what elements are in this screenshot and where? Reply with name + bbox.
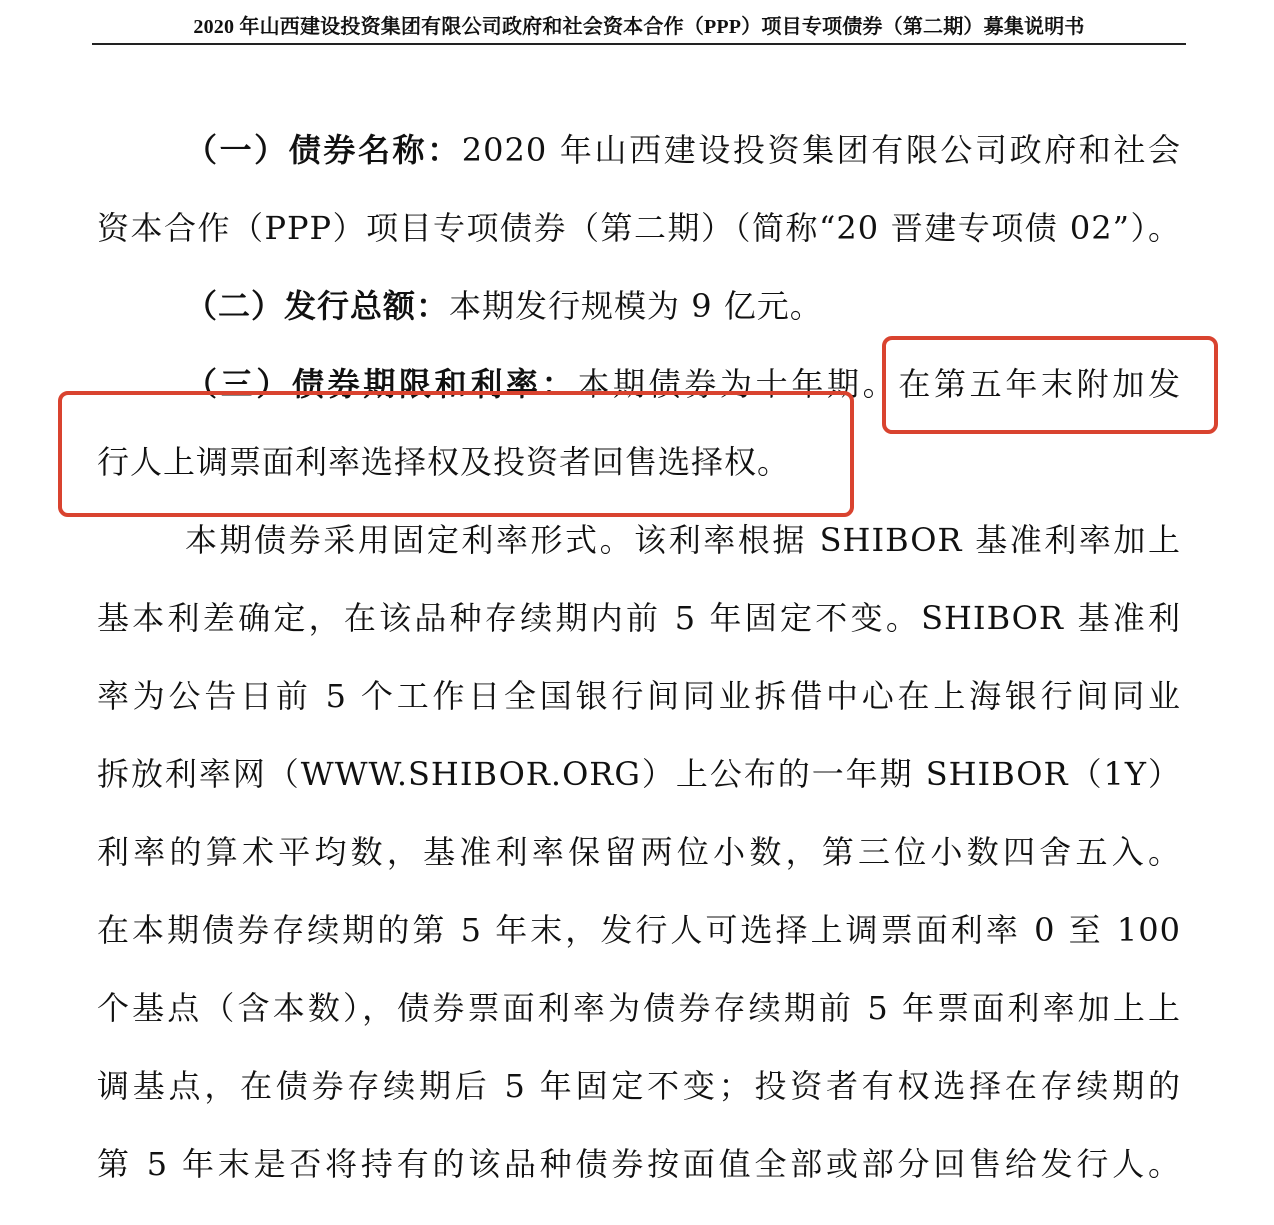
item2-text: 本期发行规模为 9 亿元。 (449, 287, 823, 325)
body-line-8: 调基点，在债券存续期后 5 年固定不变；投资者有权选择在存续期的 (97, 1066, 1181, 1106)
body-line-9: 第 5 年末是否将持有的该品种债券按面值全部或部分回售给发行人。 (97, 1144, 1181, 1184)
body-line-4: 拆放利率网（WWW.SHIBOR.ORG）上公布的一年期 SHIBOR（1Y） (97, 754, 1181, 794)
body-line-7: 个基点（含本数），债券票面利率为债券存续期前 5 年票面利率加上上 (97, 988, 1181, 1028)
item1-line2: 资本合作（PPP）项目专项债券（第二期）（简称“20 晋建专项债 02”）。 (97, 208, 1181, 248)
item1-label: （一）债券名称： (185, 131, 462, 169)
header-divider (92, 43, 1186, 45)
body-line-5: 利率的算术平均数，基准利率保留两位小数，第三位小数四舍五入。 (97, 832, 1181, 872)
body-line-2: 基本利差确定，在该品种存续期内前 5 年固定不变。SHIBOR 基准利 (97, 598, 1181, 638)
item1-line1: （一）债券名称：2020 年山西建设投资集团有限公司政府和社会 (185, 130, 1181, 170)
item1-text-line1: 2020 年山西建设投资集团有限公司政府和社会 (462, 131, 1181, 169)
item2-line: （二）发行总额：本期发行规模为 9 亿元。 (185, 286, 1181, 326)
item2-label: （二）发行总额： (185, 287, 449, 325)
document-header-title: 2020 年山西建设投资集团有限公司政府和社会资本合作（PPP）项目专项债券（第… (92, 14, 1186, 40)
highlight-box-option-rights (58, 391, 854, 517)
highlight-box-option-start (882, 336, 1218, 434)
body-line-3: 率为公告日前 5 个工作日全国银行间同业拆借中心在上海银行间同业 (97, 676, 1181, 716)
body-line-1: 本期债券采用固定利率形式。该利率根据 SHIBOR 基准利率加上 (185, 520, 1181, 560)
body-line-6: 在本期债券存续期的第 5 年末，发行人可选择上调票面利率 0 至 100 (97, 910, 1181, 950)
